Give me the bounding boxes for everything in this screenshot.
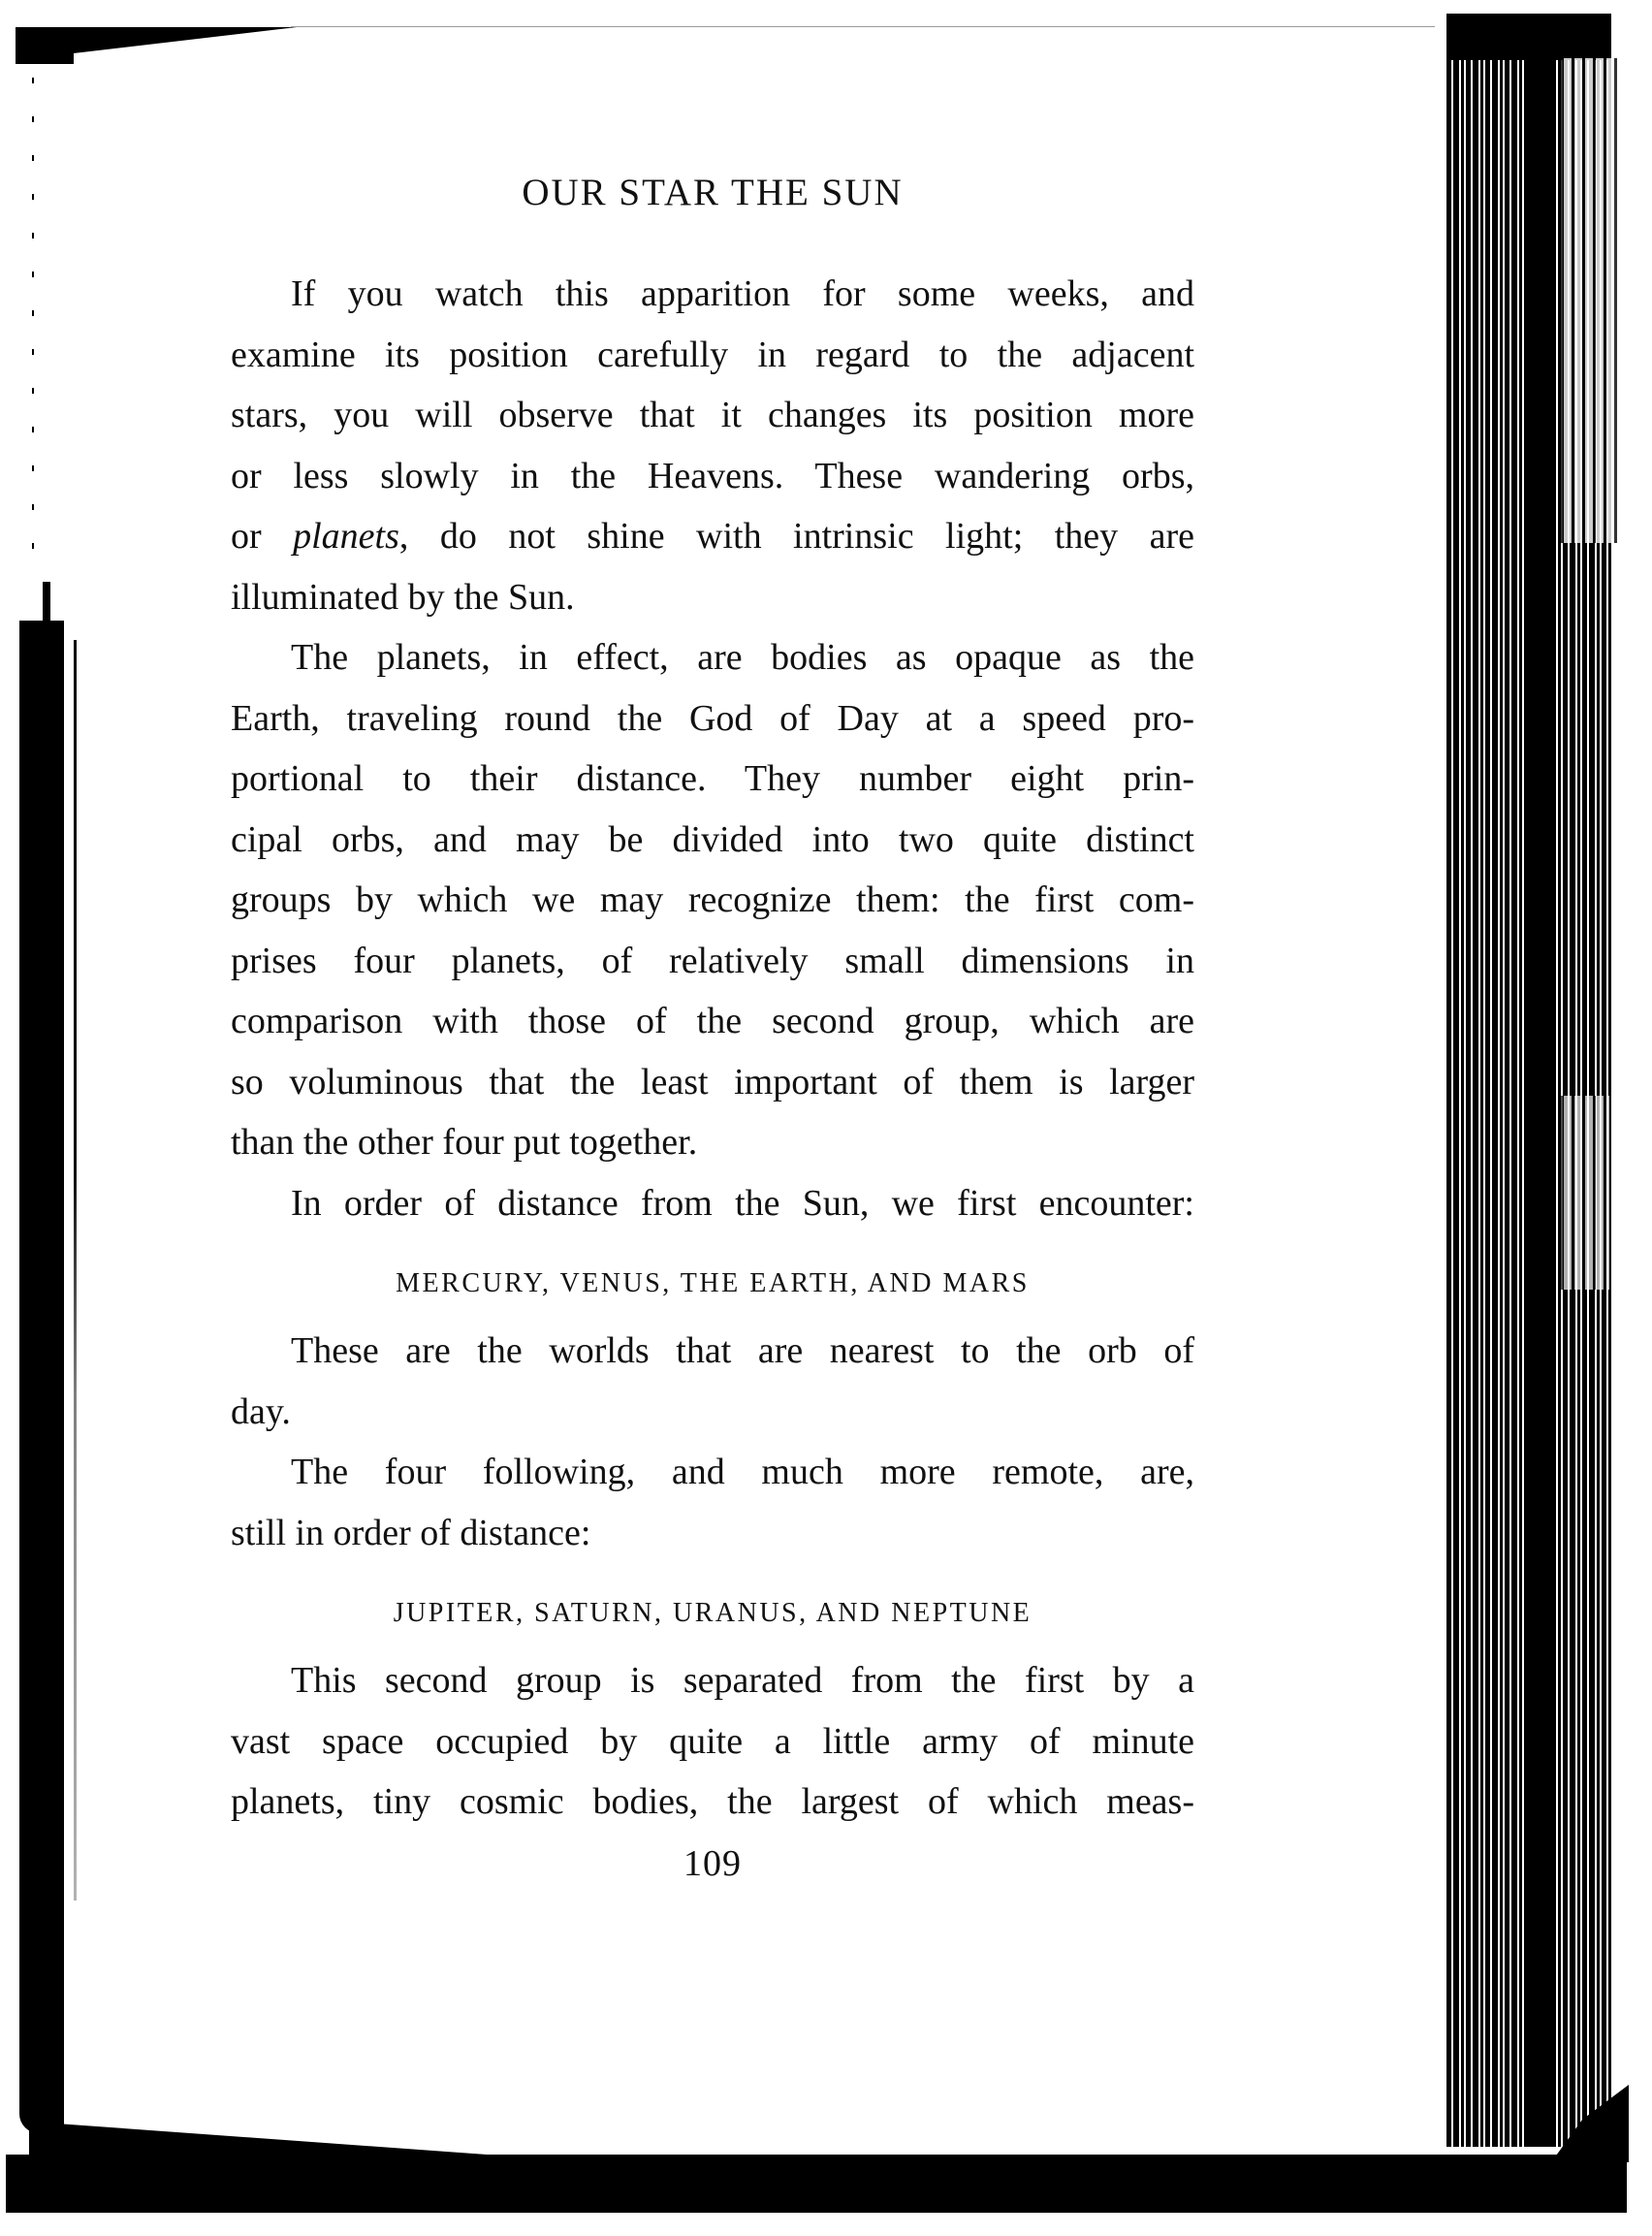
text-line: than the other four put together. xyxy=(231,1112,1194,1173)
scan-bottom-shadow xyxy=(6,2155,1627,2213)
text-line: prises four planets, of relatively small… xyxy=(231,931,1194,992)
scan-bottom-left-wedge xyxy=(29,2122,514,2156)
paragraph-3: In order of distance from the Sun, we fi… xyxy=(231,1173,1194,1234)
text-line: vast space occupied by quite a little ar… xyxy=(231,1711,1194,1773)
scan-top-corner-shadow xyxy=(16,27,74,64)
text-line: groups by which we may recognize them: t… xyxy=(231,870,1194,931)
scan-left-margin-marks xyxy=(32,78,34,582)
scan-top-page-edge xyxy=(291,26,1435,27)
text-line: The four following, and much more remote… xyxy=(231,1442,1194,1503)
paragraph-6: This second group is separated from the … xyxy=(231,1650,1194,1833)
group-one-heading: MERCURY, VENUS, THE EARTH, AND MARS xyxy=(231,1257,1194,1311)
paragraph-1: If you watch this apparition for some we… xyxy=(231,264,1194,627)
scan-right-page-stack-core xyxy=(1527,14,1556,2147)
group-two-heading: JUPITER, SATURN, URANUS, AND NEPTUNE xyxy=(231,1586,1194,1641)
scan-right-page-stack-fade-low xyxy=(1561,1096,1609,1290)
italic-term: planets xyxy=(293,516,399,557)
page-number: 109 xyxy=(231,1842,1194,1885)
body-text: If you watch this apparition for some we… xyxy=(231,264,1194,1833)
text-line-with-italic: or planets, do not shine with intrinsic … xyxy=(231,506,1194,567)
text-line: stars, you will observe that it changes … xyxy=(231,385,1194,446)
scan-right-page-stack-fade xyxy=(1561,58,1619,543)
running-head: OUR STAR THE SUN xyxy=(231,171,1194,214)
text-line: In order of distance from the Sun, we fi… xyxy=(231,1173,1194,1234)
text-line: Earth, traveling round the God of Day at… xyxy=(231,688,1194,750)
text-line: or less slowly in the Heavens. These wan… xyxy=(231,446,1194,507)
text-line: day. xyxy=(231,1382,1194,1443)
text-line: If you watch this apparition for some we… xyxy=(231,264,1194,325)
paragraph-5: The four following, and much more remote… xyxy=(231,1442,1194,1563)
text-line: illuminated by the Sun. xyxy=(231,567,1194,628)
scan-left-page-curve xyxy=(74,640,77,1901)
text-line: This second group is separated from the … xyxy=(231,1650,1194,1711)
text-line: planets, tiny cosmic bodies, the largest… xyxy=(231,1772,1194,1833)
text-line: comparison with those of the second grou… xyxy=(231,991,1194,1052)
scan-right-page-stack-top xyxy=(1446,14,1611,60)
text-line: portional to their distance. They number… xyxy=(231,749,1194,810)
text-line: still in order of distance: xyxy=(231,1503,1194,1564)
text-line: These are the worlds that are nearest to… xyxy=(231,1321,1194,1382)
paragraph-4: These are the worlds that are nearest to… xyxy=(231,1321,1194,1442)
text-line: so voluminous that the least important o… xyxy=(231,1052,1194,1113)
text-line: The planets, in effect, are bodies as op… xyxy=(231,627,1194,688)
text-line: examine its position carefully in regard… xyxy=(231,325,1194,386)
paragraph-2: The planets, in effect, are bodies as op… xyxy=(231,627,1194,1173)
text-line: cipal orbs, and may be divided into two … xyxy=(231,810,1194,871)
scan-left-binding-shadow xyxy=(19,621,64,2133)
